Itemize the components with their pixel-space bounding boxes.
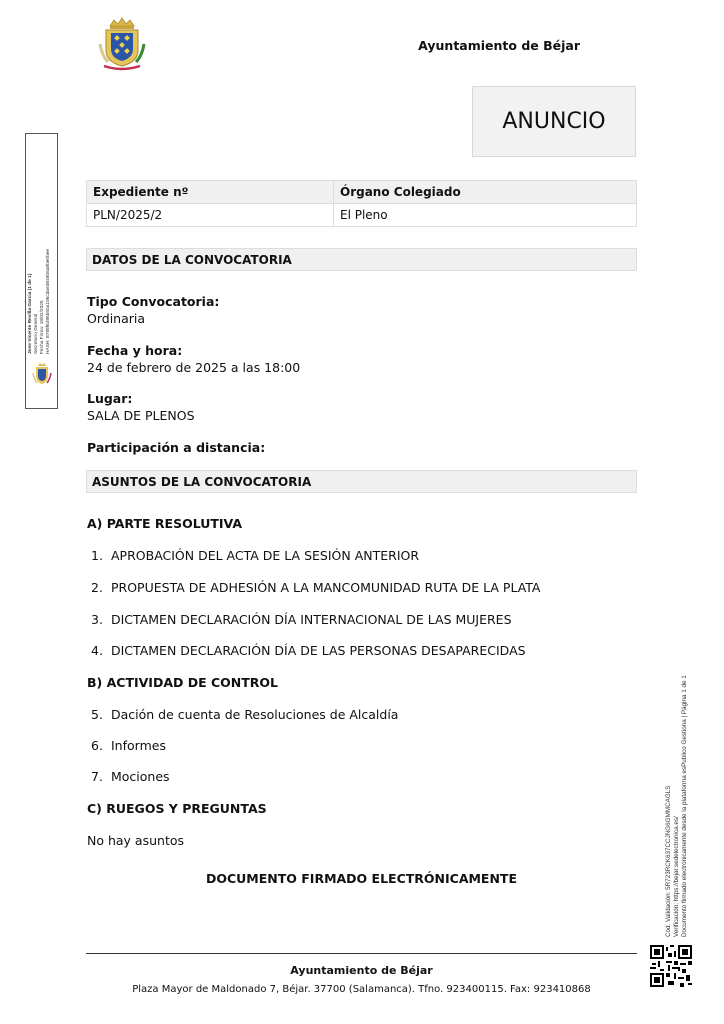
item-number: 7. [91, 769, 111, 784]
signed-notice: DOCUMENTO FIRMADO ELECTRÓNICAMENTE [86, 871, 637, 886]
table-row: PLN/2025/2 El Pleno [87, 204, 637, 227]
footer-divider [86, 953, 637, 954]
coat-of-arms-icon [92, 14, 152, 74]
list-item: 7.Mociones [91, 769, 170, 784]
field-label: Participación a distancia: [87, 440, 265, 455]
field-label: Lugar: [87, 391, 132, 406]
coat-of-arms-icon [31, 361, 53, 389]
item-text: PROPUESTA DE ADHESIÓN A LA MANCOMUNIDAD … [111, 580, 541, 595]
item-text: DICTAMEN DECLARACIÓN DÍA INTERNACIONAL D… [111, 612, 512, 627]
verification-url[interactable]: Verificación: https://bejar.sedelectroni… [673, 816, 680, 937]
item-number: 1. [91, 548, 111, 563]
item-number: 5. [91, 707, 111, 722]
list-item: 4.DICTAMEN DECLARACIÓN DÍA DE LAS PERSON… [91, 643, 526, 658]
item-text: Dación de cuenta de Resoluciones de Alca… [111, 707, 398, 722]
list-item: 5.Dación de cuenta de Resoluciones de Al… [91, 707, 398, 722]
section-heading: B) ACTIVIDAD DE CONTROL [87, 675, 278, 690]
field-value: SALA DE PLENOS [87, 408, 195, 423]
table-header: Expediente nº [87, 181, 334, 204]
item-number: 4. [91, 643, 111, 658]
table-cell: El Pleno [334, 204, 637, 227]
qr-code-icon [650, 945, 692, 987]
section-header-datos: DATOS DE LA CONVOCATORIA [86, 248, 637, 271]
list-item: 1.APROBACIÓN DEL ACTA DE LA SESIÓN ANTER… [91, 548, 419, 563]
table-header: Órgano Colegiado [334, 181, 637, 204]
list-item: 6.Informes [91, 738, 166, 753]
no-items-note: No hay asuntos [87, 833, 184, 848]
item-text: Informes [111, 738, 166, 753]
document-type-box: ANUNCIO [472, 86, 636, 157]
footer-organization: Ayuntamiento de Béjar [86, 964, 637, 977]
list-item: 3.DICTAMEN DECLARACIÓN DÍA INTERNACIONAL… [91, 612, 512, 627]
item-number: 3. [91, 612, 111, 627]
signer-name: Jose Vicente Revilla Garcia (1 de 1) [28, 274, 33, 354]
item-text: Mociones [111, 769, 170, 784]
field-label: Fecha y hora: [87, 343, 182, 358]
item-number: 6. [91, 738, 111, 753]
item-text: DICTAMEN DECLARACIÓN DÍA DE LAS PERSONAS… [111, 643, 526, 658]
signature-stamp: Jose Vicente Revilla Garcia (1 de 1) Sec… [25, 133, 58, 409]
expediente-table: Expediente nº Órgano Colegiado PLN/2025/… [86, 180, 637, 227]
field-value: 24 de febrero de 2025 a las 18:00 [87, 360, 300, 375]
table-cell: PLN/2025/2 [87, 204, 334, 227]
section-heading: A) PARTE RESOLUTIVA [87, 516, 242, 531]
signer-role: Secretario General [34, 314, 39, 354]
field-value: Ordinaria [87, 311, 145, 326]
signature-hash: HASH: 8789f6496b5ba106cdae3849b5a8be0bee [46, 249, 51, 354]
item-number: 2. [91, 580, 111, 595]
section-heading: C) RUEGOS Y PREGUNTAS [87, 801, 267, 816]
organization-header: Ayuntamiento de Béjar [330, 38, 580, 53]
platform-note: Documento firmado electrónicamente desde… [681, 675, 688, 937]
validation-code: Cód. Validación: 5R723RCK637CCJNG6GMMCAG… [665, 786, 672, 937]
item-text: APROBACIÓN DEL ACTA DE LA SESIÓN ANTERIO… [111, 548, 419, 563]
field-label: Tipo Convocatoria: [87, 294, 219, 309]
section-header-asuntos: ASUNTOS DE LA CONVOCATORIA [86, 470, 637, 493]
footer-address: Plaza Mayor de Maldonado 7, Béjar. 37700… [86, 984, 637, 995]
signature-date: Fecha Firma: 18/02/2025 [40, 300, 45, 354]
validation-stamp: Cód. Validación: 5R723RCK637CCJNG6GMMCAG… [663, 635, 703, 940]
list-item: 2.PROPUESTA DE ADHESIÓN A LA MANCOMUNIDA… [91, 580, 541, 595]
